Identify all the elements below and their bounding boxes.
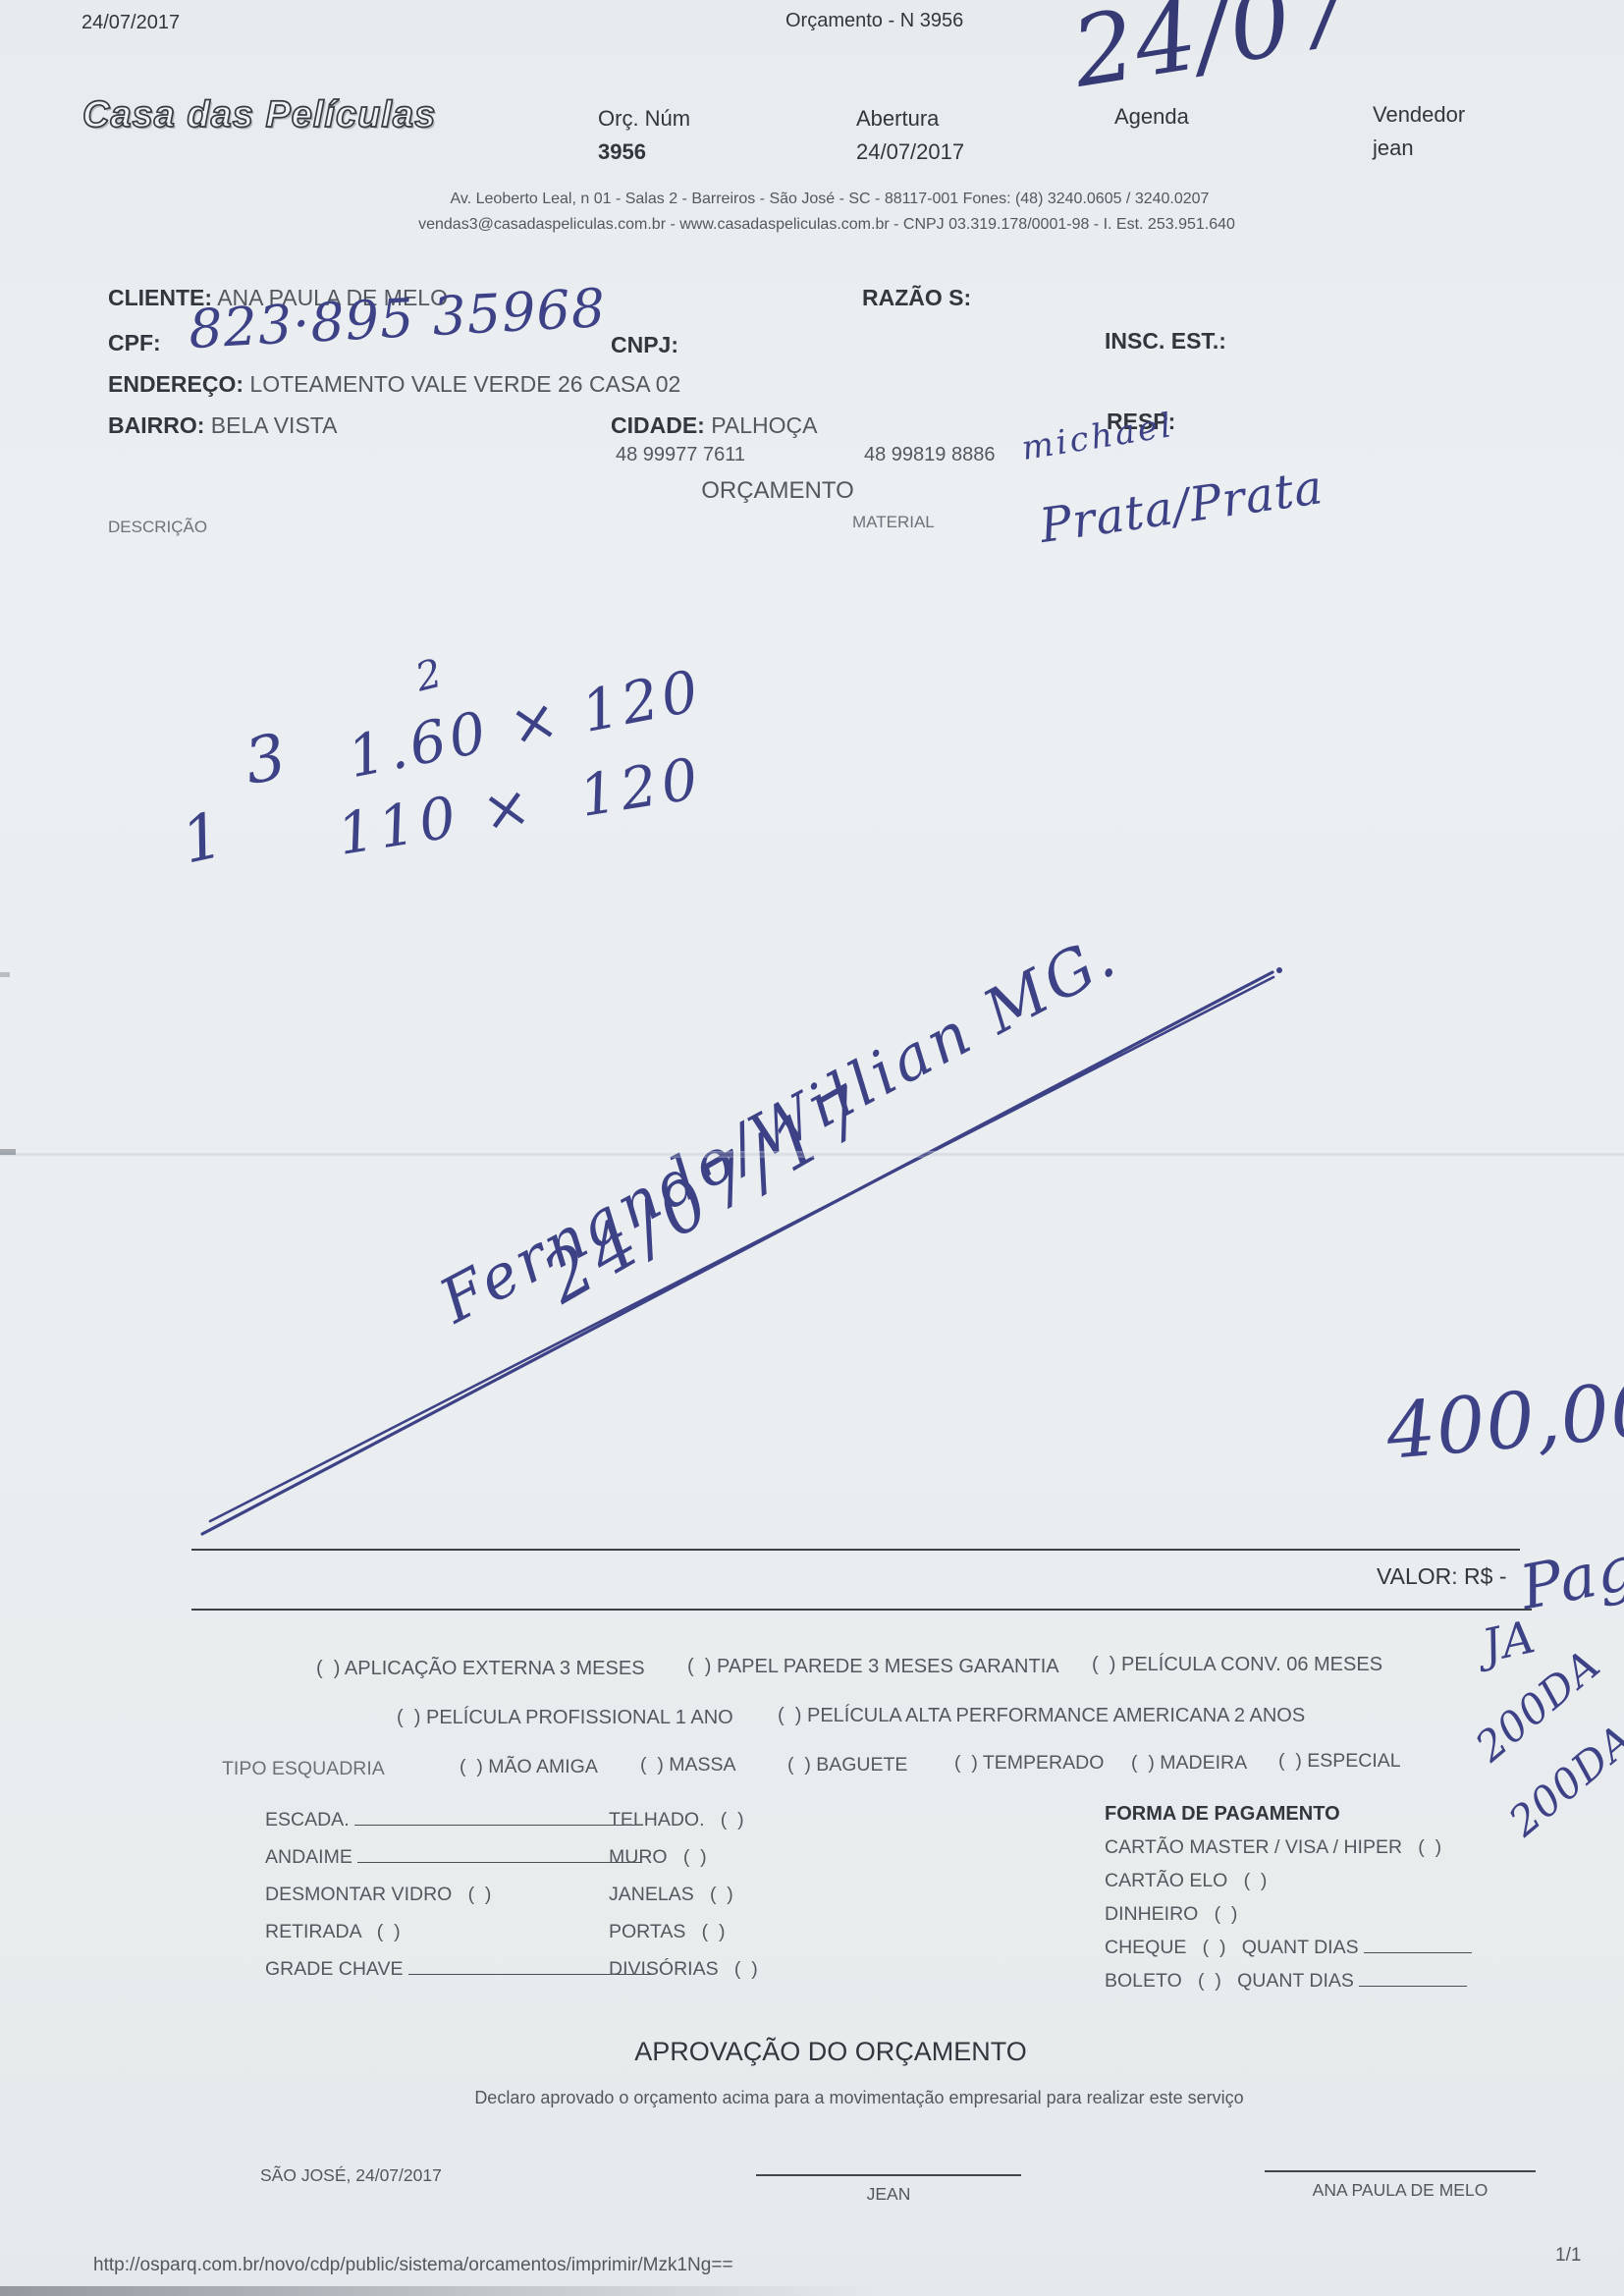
handwritten-valor: 400,00: [1383, 1371, 1624, 1471]
order-num-value: 3956: [598, 139, 646, 165]
edge-mark-left-2: [0, 972, 10, 977]
agenda-label: Agenda: [1114, 104, 1189, 130]
endereco-row: ENDEREÇO: LOTEAMENTO VALE VERDE 26 CASA …: [108, 371, 680, 398]
esquadria-baguete: ( ) BAGUETE: [787, 1754, 907, 1777]
handwritten-pago: Pago: [1516, 1530, 1624, 1619]
footer-page-number: 1/1: [1555, 2245, 1581, 2267]
escada-label: ESCADA.: [265, 1809, 350, 1831]
vendor-signature-line: [756, 2174, 1021, 2176]
checklist-muro: MURO ( ): [609, 1846, 707, 1869]
company-address-line1: Av. Leoberto Leal, n 01 - Salas 2 - Barr…: [451, 191, 1210, 208]
print-date: 24/07/2017: [81, 12, 180, 34]
order-num-label: Orç. Núm: [598, 106, 690, 132]
andaime-fill-line: [357, 1848, 642, 1863]
bairro-row: BAIRRO: BELA VISTA: [108, 412, 337, 439]
approval-declaration: Declaro aprovado o orçamento acima para …: [474, 2088, 1243, 2108]
company-address-line2: vendas3@casadaspeliculas.com.br - www.ca…: [418, 216, 1235, 234]
option-pelicula-profissional: ( ) PELÍCULA PROFISSIONAL 1 ANO: [397, 1707, 733, 1729]
paper-fold-crease: [0, 1151, 1624, 1158]
approval-title: APROVAÇÃO DO ORÇAMENTO: [634, 2037, 1027, 2067]
esquadria-madeira: ( ) MADEIRA: [1131, 1752, 1247, 1775]
valor-line-top: [191, 1549, 1520, 1551]
edge-mark-left: [0, 1149, 16, 1155]
payment-cartao-elo: CARTÃO ELO ( ): [1105, 1870, 1267, 1892]
payment-dinheiro: DINHEIRO ( ): [1105, 1903, 1237, 1926]
bairro-label: BAIRRO:: [108, 412, 204, 438]
payment-title: FORMA DE PAGAMENTO: [1105, 1803, 1340, 1826]
razao-label: RAZÃO S:: [862, 285, 971, 311]
cpf-label: CPF:: [108, 330, 161, 356]
handwritten-top-date: 24/07: [1066, 0, 1360, 102]
payment-cheque: CHEQUE ( ) QUANT DIAS: [1105, 1937, 1472, 1959]
vendor-signature-name: JEAN: [756, 2184, 1021, 2205]
abertura-value: 24/07/2017: [856, 139, 964, 165]
material-label: MATERIAL: [852, 513, 935, 532]
vendedor-value: jean: [1373, 136, 1414, 161]
esquadria-massa: ( ) MASSA: [640, 1754, 736, 1777]
esquadria-temperado: ( ) TEMPERADO: [954, 1752, 1104, 1775]
handwritten-qty1: 3: [241, 726, 292, 794]
cidade-row: CIDADE: PALHOÇA: [611, 412, 817, 439]
checklist-portas: PORTAS ( ): [609, 1921, 725, 1943]
checklist-escada: ESCADA.: [265, 1809, 639, 1831]
esquadria-mao-amiga: ( ) MÃO AMIGA: [460, 1756, 598, 1778]
phone-2: 48 99819 8886: [864, 444, 995, 466]
payment-cartao-master: CARTÃO MASTER / VISA / HIPER ( ): [1105, 1836, 1441, 1859]
payment-boleto: BOLETO ( ) QUANT DIAS: [1105, 1970, 1467, 1993]
handwritten-size1-sup: 2: [412, 653, 447, 697]
handwritten-ja: JA: [1479, 1613, 1540, 1668]
checklist-andaime: ANDAIME: [265, 1846, 642, 1869]
handwritten-material: Prata/Prata: [1037, 464, 1326, 550]
endereco-value: LOTEAMENTO VALE VERDE 26 CASA 02: [249, 371, 680, 397]
phone-1: 48 99977 7611: [616, 444, 745, 466]
cidade-label: CIDADE:: [611, 412, 705, 438]
descricao-label: DESCRIÇÃO: [108, 518, 207, 537]
checklist-grade-chave: GRADE CHAVE: [265, 1958, 654, 1981]
client-signature-name: ANA PAULA DE MELO: [1265, 2180, 1536, 2201]
checklist-desmontar-vidro: DESMONTAR VIDRO ( ): [265, 1884, 491, 1906]
cheque-label: CHEQUE ( ) QUANT DIAS: [1105, 1937, 1359, 1958]
option-pelicula-conv: ( ) PELÍCULA CONV. 06 MESES: [1092, 1654, 1382, 1676]
tipo-esquadria-label: TIPO ESQUADRIA: [222, 1758, 385, 1780]
andaime-label: ANDAIME: [265, 1846, 352, 1868]
scanned-budget-document: 24/07/2017 Orçamento - N 3956 24/07 Casa…: [0, 0, 1624, 2296]
esquadria-especial: ( ) ESPECIAL: [1278, 1750, 1401, 1773]
option-pelicula-alta-performance: ( ) PELÍCULA ALTA PERFORMANCE AMERICANA …: [778, 1705, 1305, 1727]
option-papel-parede: ( ) PAPEL PAREDE 3 MESES GARANTIA: [687, 1656, 1059, 1678]
footer-url: http://osparq.com.br/novo/cdp/public/sis…: [93, 2255, 733, 2276]
orcamento-title: ORÇAMENTO: [701, 477, 854, 505]
boleto-fill-line: [1359, 1972, 1467, 1987]
valor-label: VALOR: R$ -: [1377, 1563, 1507, 1590]
checklist-janelas: JANELAS ( ): [609, 1884, 733, 1906]
checklist-retirada: RETIRADA ( ): [265, 1921, 401, 1943]
insc-est-label: INSC. EST.:: [1105, 328, 1226, 355]
cheque-fill-line: [1364, 1939, 1472, 1953]
bairro-value: BELA VISTA: [211, 412, 338, 438]
boleto-label: BOLETO ( ) QUANT DIAS: [1105, 1970, 1354, 1992]
escada-fill-line: [354, 1811, 639, 1826]
checklist-divisorias: DIVISÓRIAS ( ): [609, 1958, 758, 1981]
handwritten-qty2: 1: [177, 803, 230, 873]
abertura-label: Abertura: [856, 106, 939, 132]
client-signature-line: [1265, 2170, 1536, 2172]
handwritten-resp-name: michael: [1019, 409, 1176, 465]
valor-line-bottom: [191, 1609, 1532, 1611]
cnpj-label: CNPJ:: [611, 332, 678, 358]
company-logo: Casa das Películas: [82, 94, 436, 137]
print-title: Orçamento - N 3956: [785, 10, 963, 32]
bottom-edge-shadow: [0, 2286, 884, 2296]
signature-place-date: SÃO JOSÉ, 24/07/2017: [260, 2165, 442, 2186]
grade-chave-label: GRADE CHAVE: [265, 1958, 404, 1980]
option-aplicacao-externa: ( ) APLICAÇÃO EXTERNA 3 MESES: [316, 1658, 645, 1680]
endereco-label: ENDEREÇO:: [108, 371, 244, 397]
vendedor-label: Vendedor: [1373, 102, 1465, 128]
checklist-telhado: TELHADO. ( ): [609, 1809, 744, 1831]
cidade-value: PALHOÇA: [711, 412, 817, 438]
